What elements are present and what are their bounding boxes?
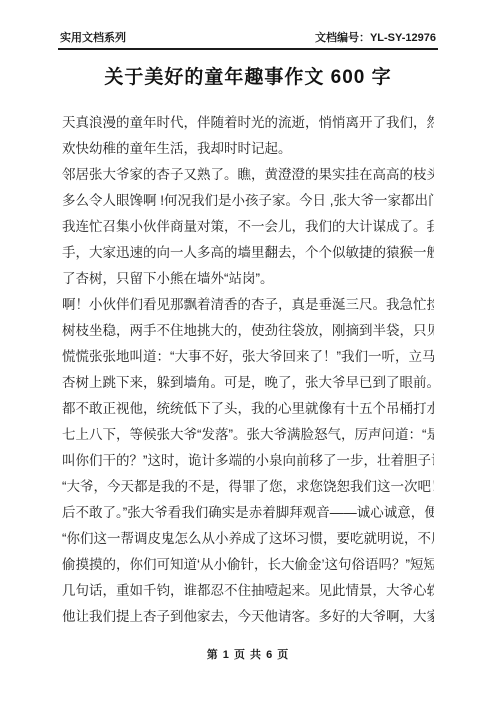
footer-page-number: 第 1 页 共 6 页 <box>0 646 496 662</box>
body-text-line: 几句话，重如千钧，谁都忍不住抽噎起来。见此情景，大爷心软了， <box>62 578 434 604</box>
body-text-line: 天真浪漫的童年时代，伴随着时光的流逝，悄悄离开了我们，然而那 <box>62 110 434 136</box>
header-doc-number: 文档编号：YL-SY-12976 <box>315 29 436 45</box>
body-text-line: “你们这一帮调皮鬼怎么从小养成了这坏习惯，要吃就明说，不用偷 <box>62 526 434 552</box>
body-text-line: 手，大家迅速的向一人多高的墙里翻去，个个似敏捷的猿猴一般爬上 <box>62 240 434 266</box>
body-text-line: 多么令人眼馋啊 !何况我们是小孩子家。今日 ,张大爷一家都出门了， <box>62 188 434 214</box>
header-divider <box>58 48 438 50</box>
body-text-line: 慌慌张张地叫道：“大事不好，张大爷回来了！”我们一听，立马就从 <box>62 344 434 370</box>
body-text-line: 杏树上跳下来，躲到墙角。可是，晚了，张大爷早已到了眼前。我们 <box>62 370 434 396</box>
body-text-line: 树枝坐稳，两手不住地挑大的，使劲往袋放，刚摘到半袋，只见小熊 <box>62 318 434 344</box>
body-text-line: 欢快幼稚的童年生活，我却时时记起。 <box>62 136 434 162</box>
body-text-line: 了杏树，只留下小熊在墙外“站岗”。 <box>62 266 434 292</box>
body-text-line: 啊！小伙伴们看见那飘着清香的杏子，真是垂涎三尺。我急忙捡了根 <box>62 292 434 318</box>
page-title: 关于美好的童年趣事作文 600 字 <box>0 62 496 89</box>
body-text-line: 我连忙召集小伙伴商量对策，不一会儿，我们的大计谋成了。我一挥 <box>62 214 434 240</box>
body-text-line: 后不敢了。”张大爷看我们确实是赤着脚拜观音——诚心诚意，便说： <box>62 500 434 526</box>
body-text-line: 他让我们提上杏子到他家去，今天他请客。多好的大爷啊，大家破涕 <box>62 604 434 630</box>
body-text-line: 偷摸摸的，你们可知道‘从小偷针，长大偷金’这句俗语吗？”短短 <box>62 552 434 578</box>
header-series-label: 实用文档系列 <box>60 29 126 45</box>
document-page: 实用文档系列 文档编号：YL-SY-12976 关于美好的童年趣事作文 600 … <box>0 0 496 702</box>
body-text-line: 七上八下，等候张大爷“发落”。张大爷满脸怒气，厉声问道：“是谁 <box>62 422 434 448</box>
body-text-line: “大爷，今天都是我的不是，得罪了您，求您饶恕我们这一次吧！以 <box>62 474 434 500</box>
body-text: 天真浪漫的童年时代，伴随着时光的流逝，悄悄离开了我们，然而那欢快幼稚的童年生活，… <box>62 110 434 630</box>
body-text-line: 邻居张大爷家的杏子又熟了。瞧，黄澄澄的果实挂在高高的枝头上， <box>62 162 434 188</box>
body-text-line: 叫你们干的？”这时，诡计多端的小泉向前移了一步，壮着胆子说： <box>62 448 434 474</box>
body-text-line: 都不敢正视他，统统低下了头，我的心里就像有十五个吊桶打水—— <box>62 396 434 422</box>
document-header: 实用文档系列 文档编号：YL-SY-12976 <box>60 29 436 45</box>
